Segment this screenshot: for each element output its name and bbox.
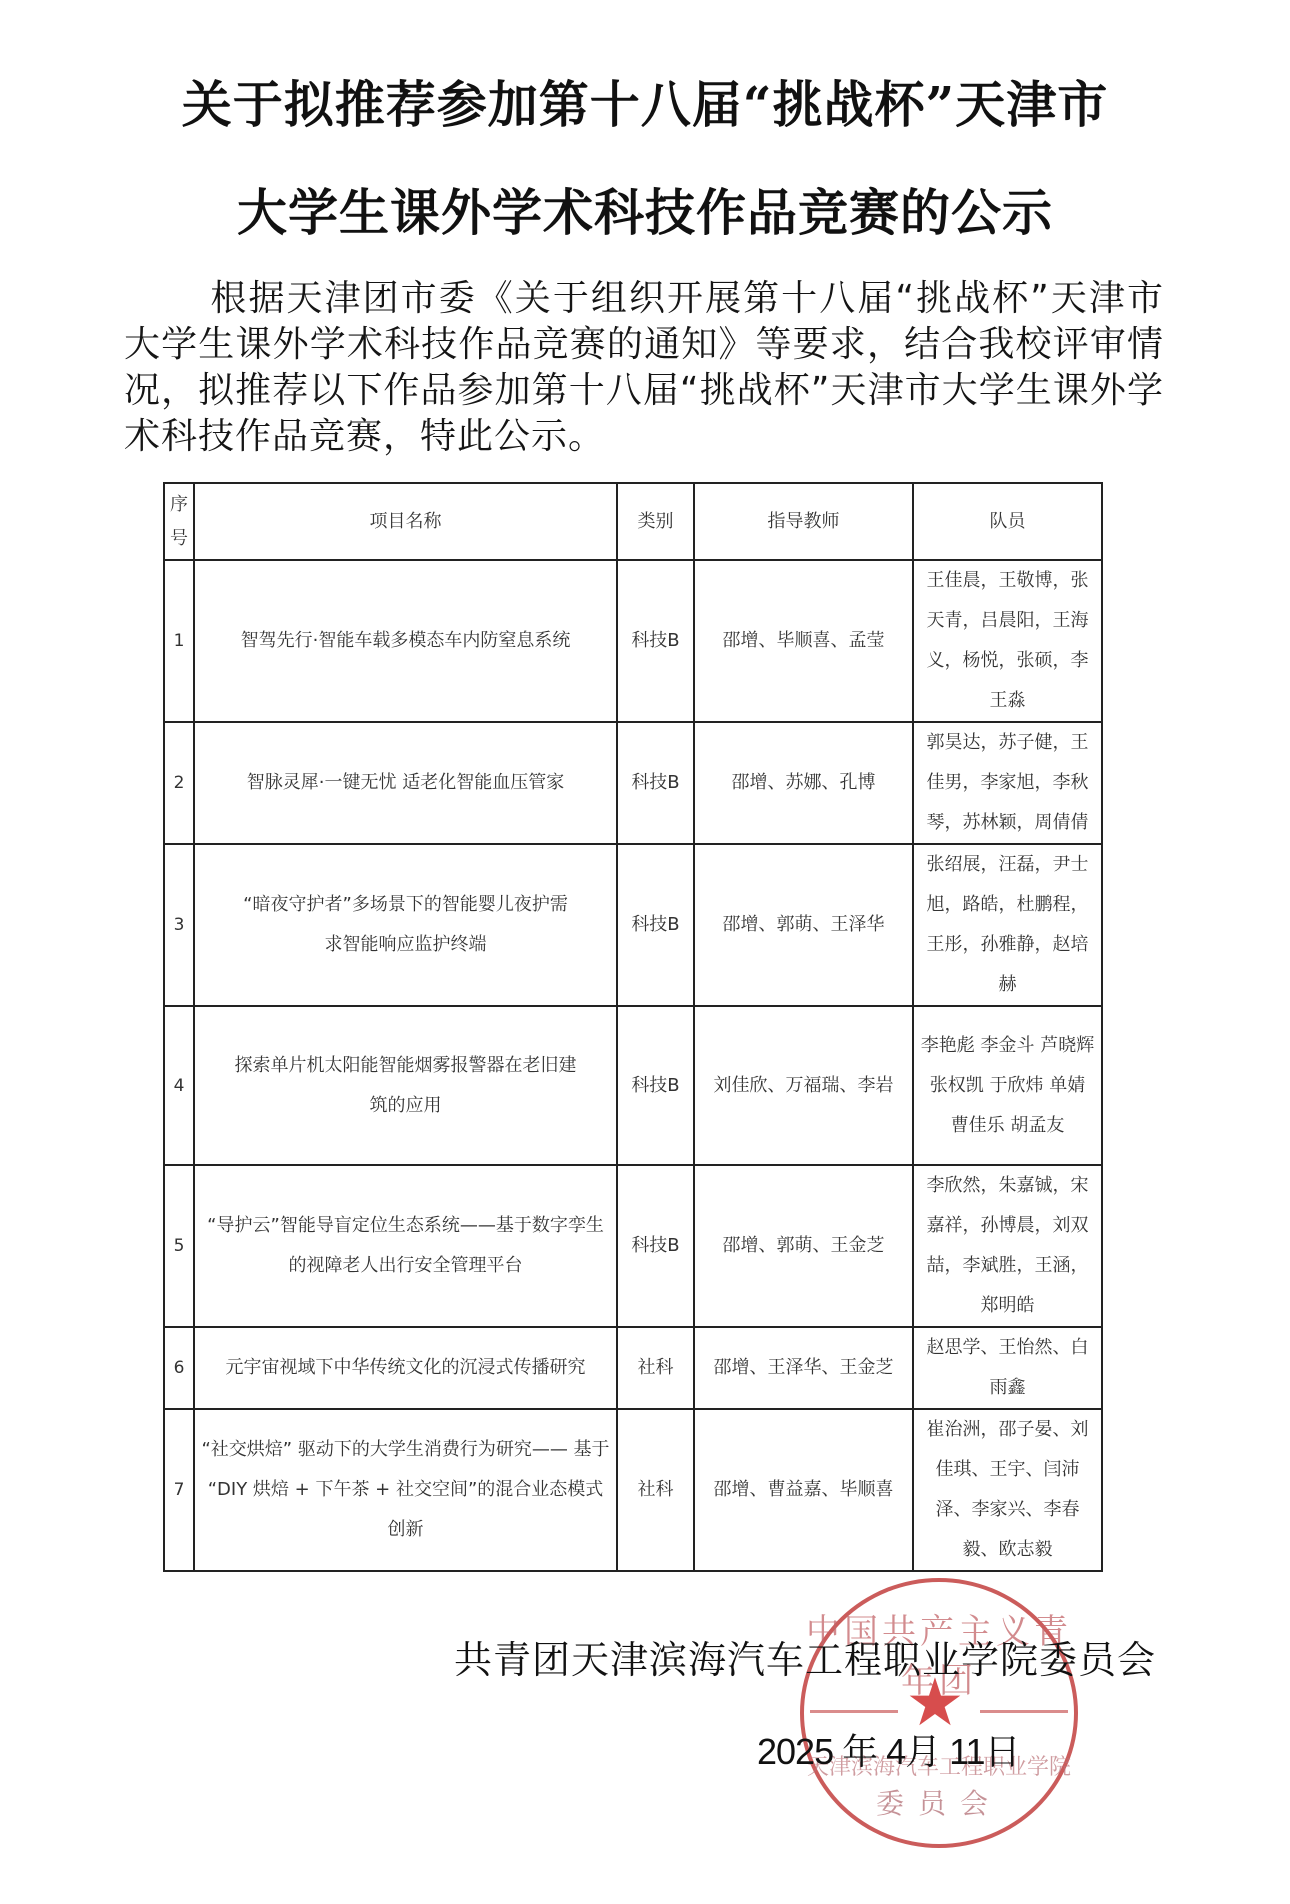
table-row: 6 元宇宙视域下中华传统文化的沉浸式传播研究 社科 邵增、王泽华、王金芝 赵思学…	[164, 1327, 1102, 1409]
table-row: 7 “社交烘焙” 驱动下的大学生消费行为研究—— 基于 “DIY 烘焙 + 下午…	[164, 1409, 1102, 1571]
cell-project: “导护云”智能导盲定位生态系统——基于数字孪生的视障老人出行安全管理平台	[194, 1165, 617, 1327]
cell-members: 李艳彪 李金斗 芦晓辉 张权凯 于欣炜 单婧 曹佳乐 胡孟友	[913, 1006, 1102, 1165]
cell-advisors: 邵增、曹益嘉、毕顺喜	[694, 1409, 913, 1571]
cell-members: 赵思学、王怡然、白雨鑫	[913, 1327, 1102, 1409]
cell-advisors: 邵增、毕顺喜、孟莹	[694, 560, 913, 722]
recommended-projects-table: 序号 项目名称 类别 指导教师 队员 1 智驾先行·智能车载多模态车内防窒息系统…	[163, 482, 1103, 1572]
cell-project: 元宇宙视域下中华传统文化的沉浸式传播研究	[194, 1327, 617, 1409]
cell-advisors: 刘佳欣、万福瑞、李岩	[694, 1006, 913, 1165]
cell-project: “暗夜守护者”多场景下的智能婴儿夜护需求智能响应监护终端	[194, 844, 617, 1006]
cell-members: 崔治洲，邵子晏、刘佳琪、王宇、闫沛泽、李家兴、李春毅、欧志毅	[913, 1409, 1102, 1571]
table-row: 1 智驾先行·智能车载多模态车内防窒息系统 科技B 邵增、毕顺喜、孟莹 王佳晨，…	[164, 560, 1102, 722]
cell-advisors: 邵增、郭萌、王金芝	[694, 1165, 913, 1327]
cell-project: 探索单片机太阳能智能烟雾报警器在老旧建筑的应用	[194, 1006, 617, 1165]
cell-category: 科技B	[617, 560, 694, 722]
official-seal: 中国共产主义青年团 ★ 天津滨海汽车工程职业学院 委员会	[800, 1578, 1078, 1848]
intro-paragraph: 根据天津团市委《关于组织开展第十八届“挑战杯”天津市大学生课外学术科技作品竞赛的…	[124, 276, 1164, 460]
header-seq: 序号	[164, 483, 194, 560]
cell-category: 社科	[617, 1409, 694, 1571]
header-category: 类别	[617, 483, 694, 560]
cell-seq: 6	[164, 1327, 194, 1409]
cell-seq: 4	[164, 1006, 194, 1165]
table-row: 5 “导护云”智能导盲定位生态系统——基于数字孪生的视障老人出行安全管理平台 科…	[164, 1165, 1102, 1327]
header-members: 队员	[913, 483, 1102, 560]
seal-line-left	[810, 1710, 898, 1713]
cell-members: 李欣然，朱嘉铖，宋嘉祥，孙博晨，刘双喆，李斌胜，王涵，郑明皓	[913, 1165, 1102, 1327]
cell-members: 郭昊达，苏子健，王佳男，李家旭，李秋琴，苏林颖，周倩倩	[913, 722, 1102, 844]
signature-date: 2025 年 4月 11日	[757, 1728, 1020, 1776]
notice-title-line-1: 关于拟推荐参加第十八届“挑战杯”天津市	[0, 75, 1290, 135]
cell-members: 王佳晨，王敬博，张天青，吕晨阳，王海义，杨悦，张硕，李王淼	[913, 560, 1102, 722]
header-project: 项目名称	[194, 483, 617, 560]
seal-line-right	[980, 1710, 1068, 1713]
cell-seq: 2	[164, 722, 194, 844]
cell-project: “社交烘焙” 驱动下的大学生消费行为研究—— 基于 “DIY 烘焙 + 下午茶 …	[194, 1409, 617, 1571]
cell-members: 张绍展，汪磊，尹士旭，路皓，杜鹏程，王彤，孙雅静，赵培赫	[913, 844, 1102, 1006]
signature-organization: 共青团天津滨海汽车工程职业学院委员会	[454, 1636, 1156, 1684]
seal-bottom-text: 委员会	[804, 1782, 1074, 1822]
table-row: 3 “暗夜守护者”多场景下的智能婴儿夜护需求智能响应监护终端 科技B 邵增、郭萌…	[164, 844, 1102, 1006]
cell-seq: 7	[164, 1409, 194, 1571]
cell-seq: 1	[164, 560, 194, 722]
cell-advisors: 邵增、苏娜、孔博	[694, 722, 913, 844]
cell-seq: 5	[164, 1165, 194, 1327]
cell-seq: 3	[164, 844, 194, 1006]
cell-category: 科技B	[617, 1165, 694, 1327]
cell-advisors: 邵增、郭萌、王泽华	[694, 844, 913, 1006]
table-row: 2 智脉灵犀·一键无忧 适老化智能血压管家 科技B 邵增、苏娜、孔博 郭昊达，苏…	[164, 722, 1102, 844]
cell-category: 科技B	[617, 844, 694, 1006]
cell-project: 智驾先行·智能车载多模态车内防窒息系统	[194, 560, 617, 722]
cell-category: 科技B	[617, 1006, 694, 1165]
cell-category: 社科	[617, 1327, 694, 1409]
cell-advisors: 邵增、王泽华、王金芝	[694, 1327, 913, 1409]
notice-title-line-2: 大学生课外学术科技作品竞赛的公示	[0, 183, 1290, 243]
header-advisors: 指导教师	[694, 483, 913, 560]
table-row: 4 探索单片机太阳能智能烟雾报警器在老旧建筑的应用 科技B 刘佳欣、万福瑞、李岩…	[164, 1006, 1102, 1165]
cell-category: 科技B	[617, 722, 694, 844]
table-header-row: 序号 项目名称 类别 指导教师 队员	[164, 483, 1102, 560]
cell-project: 智脉灵犀·一键无忧 适老化智能血压管家	[194, 722, 617, 844]
